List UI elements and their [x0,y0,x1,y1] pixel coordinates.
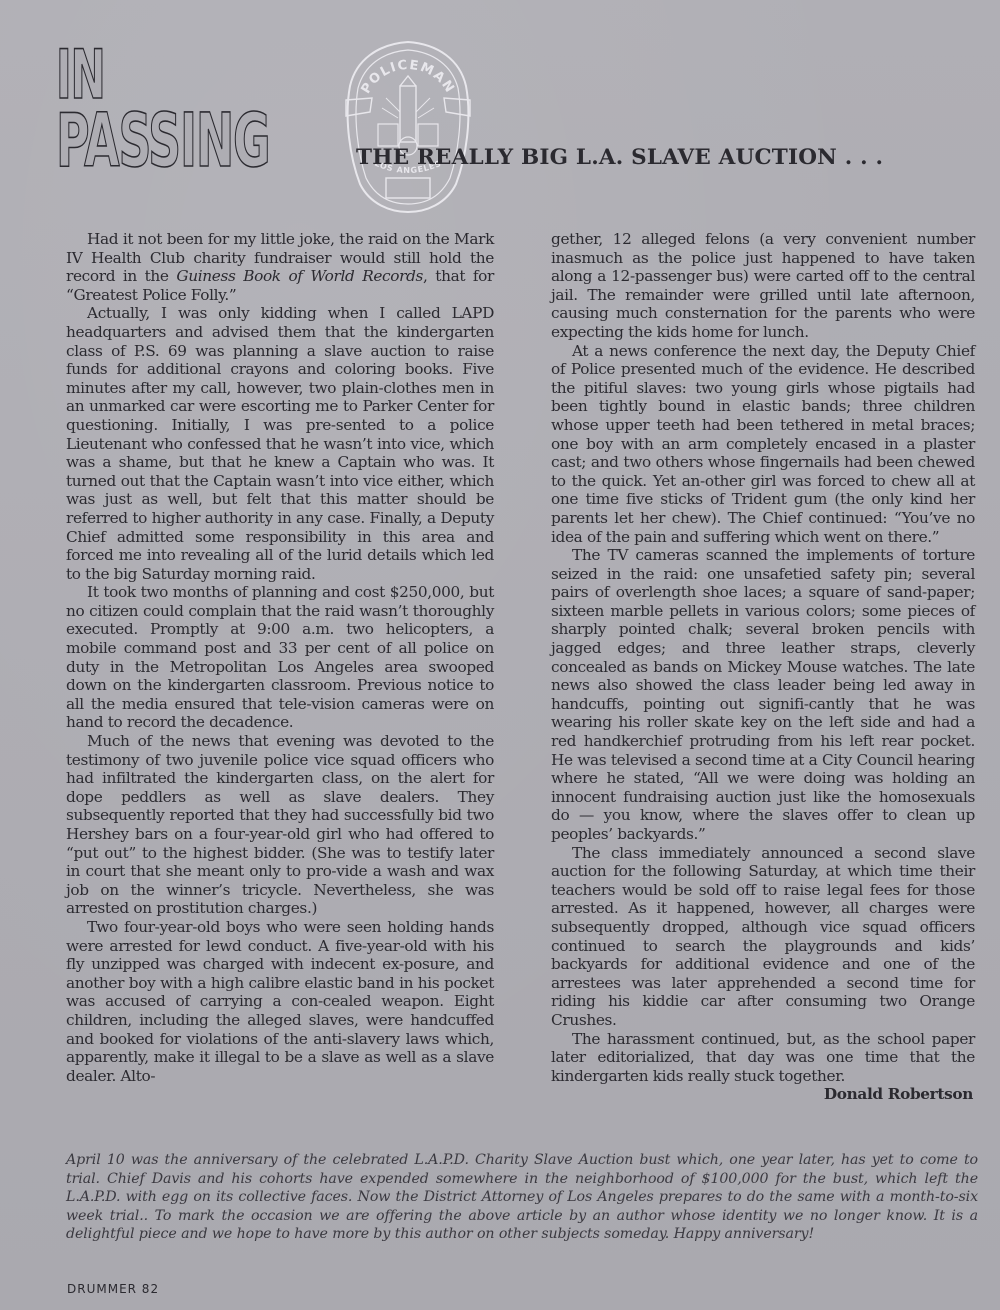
article-paragraph: Much of the news that evening was devote… [66,732,494,918]
article-paragraph: Two four-year-old boys who were seen hol… [66,918,494,1085]
article-paragraph: At a news conference the next day, the D… [551,342,975,547]
article-paragraph: The TV cameras scanned the implements of… [551,546,975,844]
in-passing-logo: IN PASSING [56,48,316,168]
book-title: Guiness Book of World Records [176,267,423,285]
article-paragraph: Had it not been for my little joke, the … [66,230,494,304]
article-paragraph: gether, 12 alleged felons (a very conven… [551,230,975,342]
police-badge-icon: POLICEMAN LOS ANGELES [342,38,474,214]
editor-note: April 10 was the anniversary of the cele… [66,1151,978,1244]
logo-line-2: PASSING [56,104,269,178]
article-paragraph: The class immediately announced a second… [551,844,975,1030]
author-signature: Donald Robertson [551,1085,975,1104]
article-headline: THE REALLY BIG L.A. SLAVE AUCTION . . . [356,145,883,170]
article-left-column: Had it not been for my little joke, the … [66,230,494,1085]
article-paragraph: The harassment continued, but, as the sc… [551,1030,975,1086]
page-footer: DRUMMER 82 [67,1282,159,1296]
article-paragraph: Actually, I was only kidding when I call… [66,304,494,583]
article-paragraph: It took two months of planning and cost … [66,583,494,732]
article-right-column: gether, 12 alleged felons (a very conven… [551,230,975,1104]
